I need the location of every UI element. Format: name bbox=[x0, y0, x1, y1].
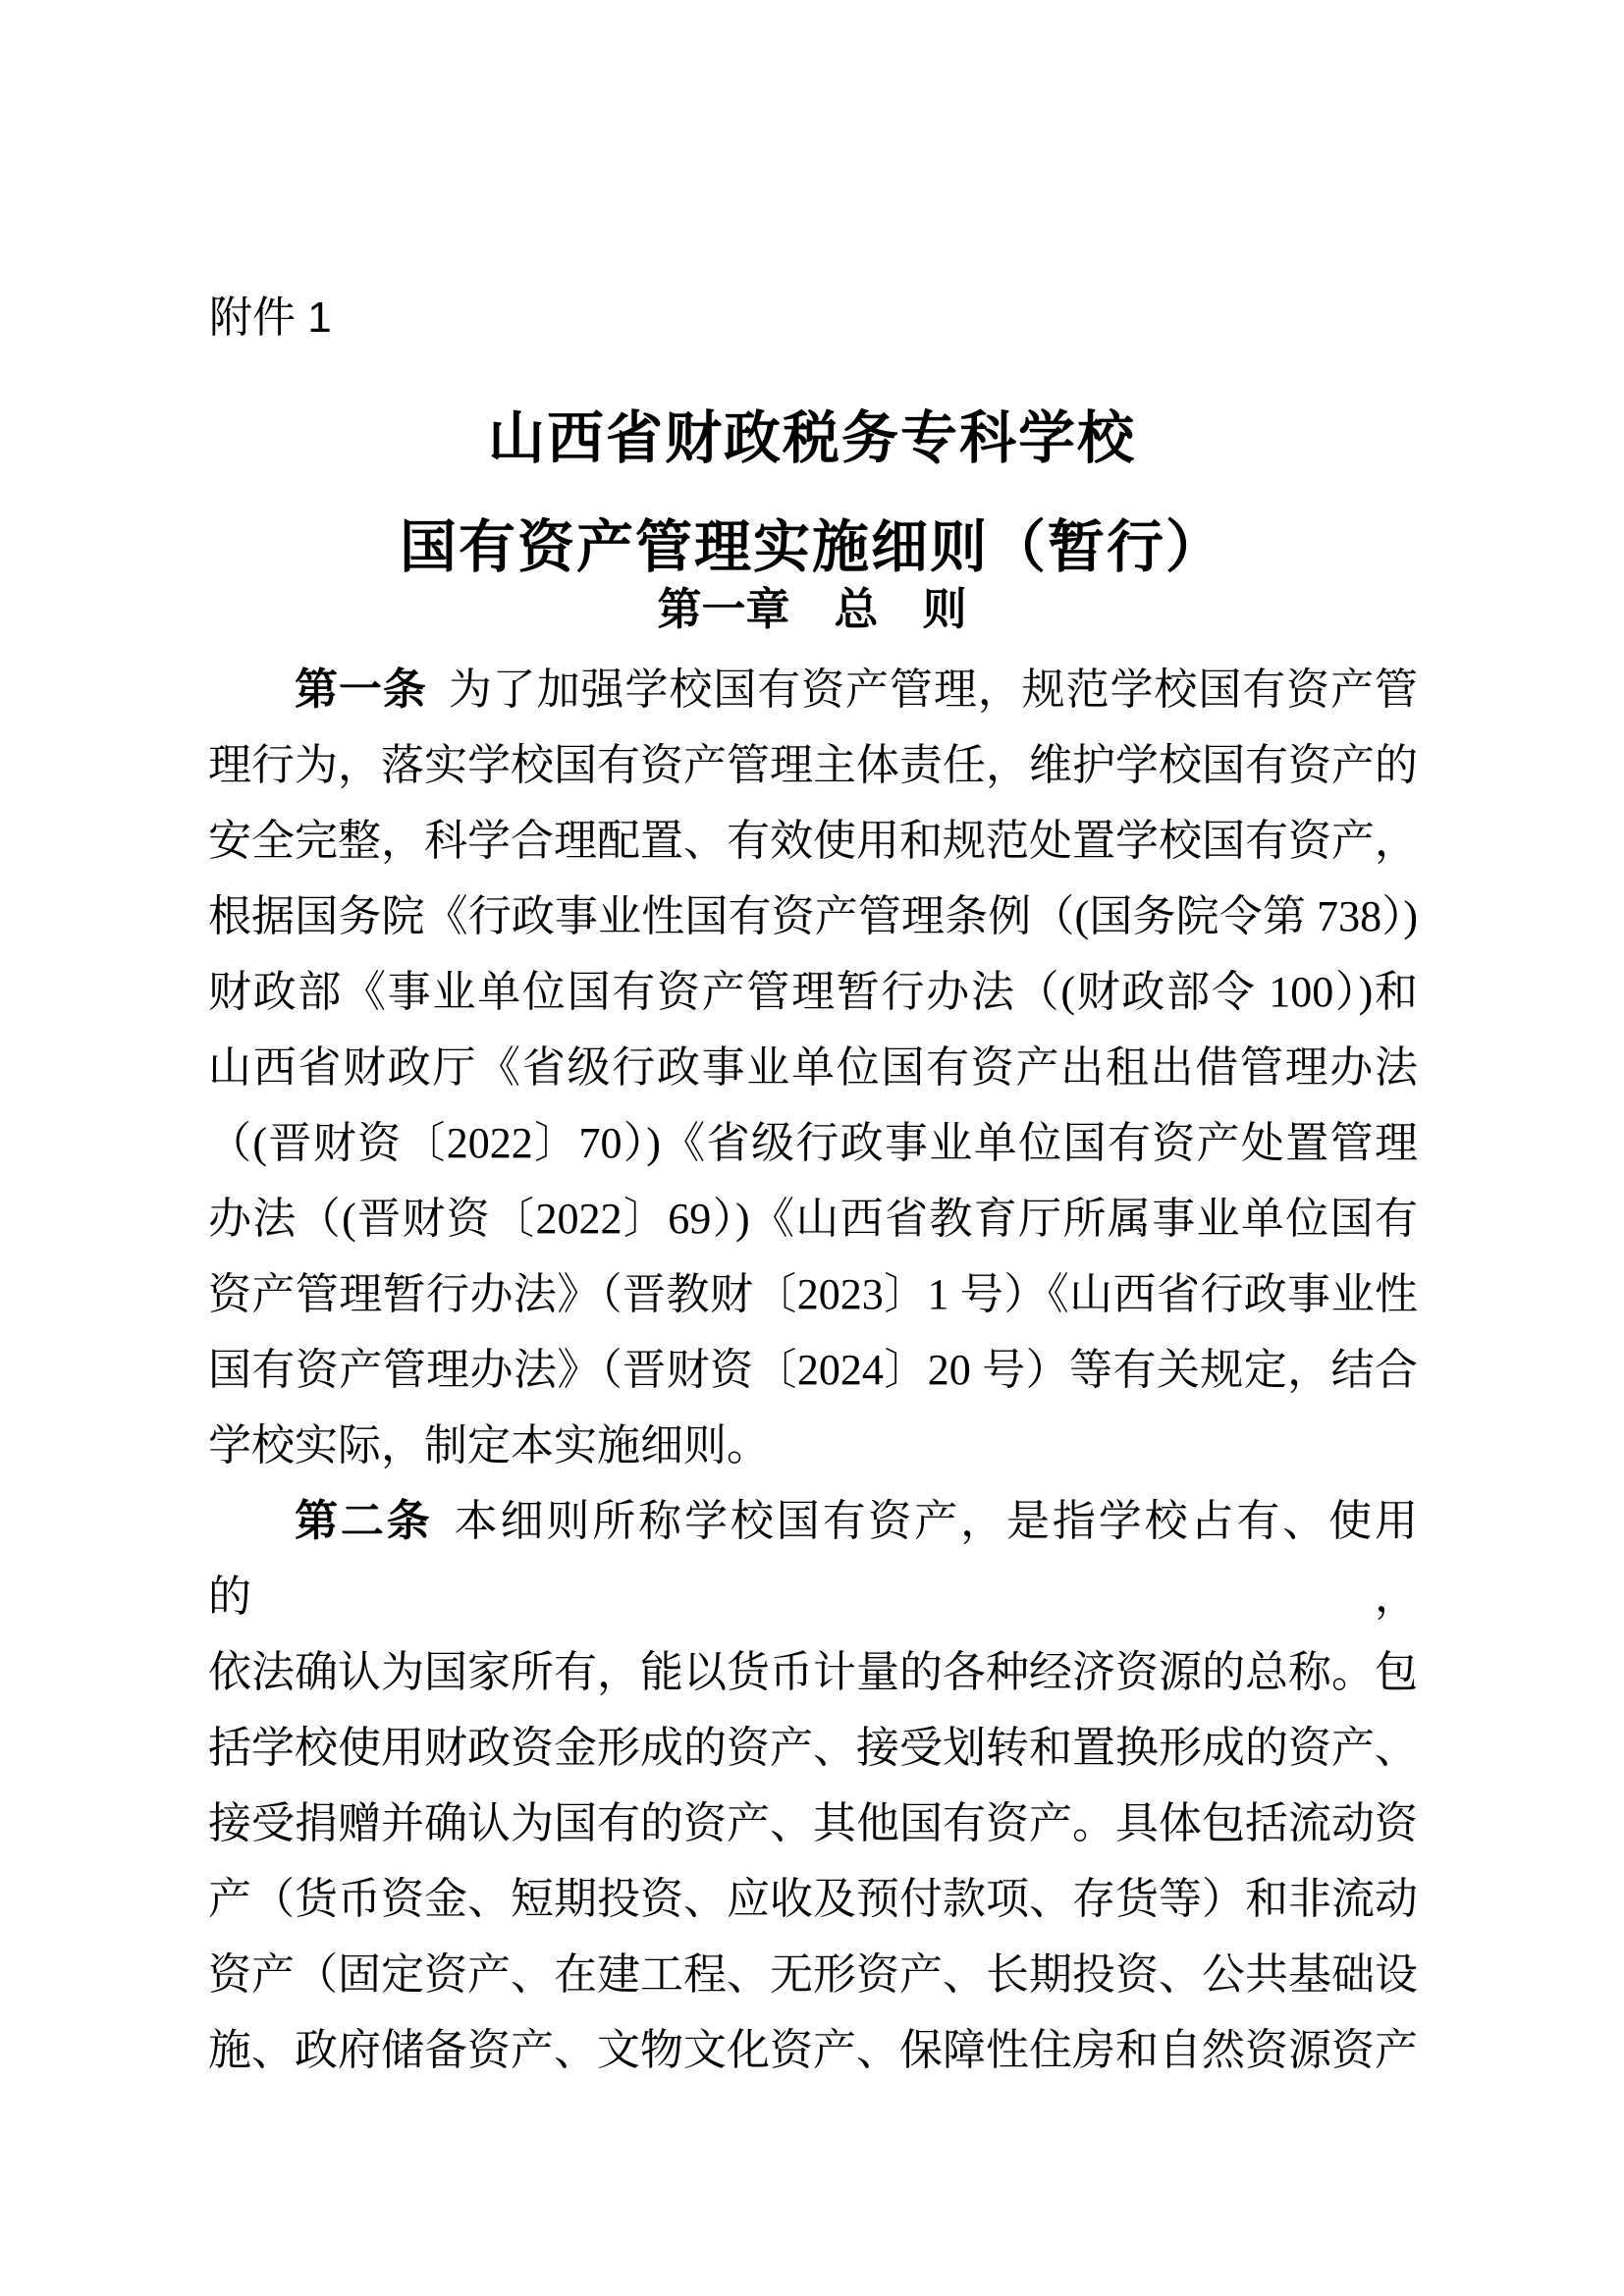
document-body: 第一条为了加强学校国有资产管理，规范学校国有资产管 理行为，落实学校国有资产管理… bbox=[208, 652, 1418, 2088]
article-2-line-7: 施、政府储备资产、文物文化资产、保障性住房和自然资源资产 bbox=[208, 2012, 1418, 2088]
article-1-line-2: 理行为，落实学校国有资产管理主体责任，维护学校国有资产的 bbox=[208, 727, 1418, 803]
article-2-line-1: 第二条本细则所称学校国有资产，是指学校占有、使用的， bbox=[208, 1483, 1418, 1634]
article-2-lead: 第二条 bbox=[295, 1497, 433, 1545]
article-1-line-9: 资产管理暂行办法》（晋教财〔2023〕1 号）《山西省行政事业性 bbox=[208, 1256, 1418, 1332]
article-1-line-3: 安全完整，科学合理配置、有效使用和规范处置学校国有资产， bbox=[208, 803, 1418, 879]
article-1-lead: 第一条 bbox=[295, 666, 427, 714]
article-2-line-6: 资产（固定资产、在建工程、无形资产、长期投资、公共基础设 bbox=[208, 1937, 1418, 2012]
article-1-line-10: 国有资产管理办法》（晋财资〔2024〕20 号）等有关规定，结合 bbox=[208, 1332, 1418, 1408]
article-1-line-5: 财政部《事业单位国有资产管理暂行办法（(财政部令 100）)和 bbox=[208, 954, 1418, 1030]
article-2-line-4: 接受捐赠并确认为国有的资产、其他国有资产。具体包括流动资 bbox=[208, 1786, 1418, 1861]
chapter-heading: 第一章 总 则 bbox=[0, 582, 1624, 637]
article-1-line-1-text: 为了加强学校国有资产管理，规范学校国有资产管 bbox=[449, 666, 1418, 714]
document-title-line1: 山西省财政税务专科学校 bbox=[0, 384, 1624, 493]
attachment-label: 附件 1 bbox=[209, 294, 332, 343]
article-2-line-3: 括学校使用财政资金形成的资产、接受划转和置换形成的资产、 bbox=[208, 1710, 1418, 1786]
article-1-line-7: （(晋财资〔2022〕70）)《省级行政事业单位国有资产处置管理 bbox=[208, 1105, 1418, 1181]
article-2-line-2: 依法确认为国家所有，能以货币计量的各种经济资源的总称。包 bbox=[208, 1634, 1418, 1710]
article-1-line-8: 办法（(晋财资〔2022〕69）)《山西省教育厅所属事业单位国有 bbox=[208, 1181, 1418, 1256]
article-1-line-6: 山西省财政厅《省级行政事业单位国有资产出租出借管理办法 bbox=[208, 1030, 1418, 1105]
article-1-line-1: 第一条为了加强学校国有资产管理，规范学校国有资产管 bbox=[208, 652, 1418, 727]
document-page: 附件 1 山西省财政税务专科学校 国有资产管理实施细则（暂行） 第一章 总 则 … bbox=[0, 0, 1624, 2296]
article-1-line-11: 学校实际，制定本实施细则。 bbox=[208, 1408, 1418, 1483]
article-2-line-5: 产（货币资金、短期投资、应收及预付款项、存货等）和非流动 bbox=[208, 1861, 1418, 1937]
document-title: 山西省财政税务专科学校 国有资产管理实施细则（暂行） bbox=[0, 384, 1624, 602]
article-1-line-4: 根据国务院《行政事业性国有资产管理条例（(国务院令第 738）) bbox=[208, 879, 1418, 954]
